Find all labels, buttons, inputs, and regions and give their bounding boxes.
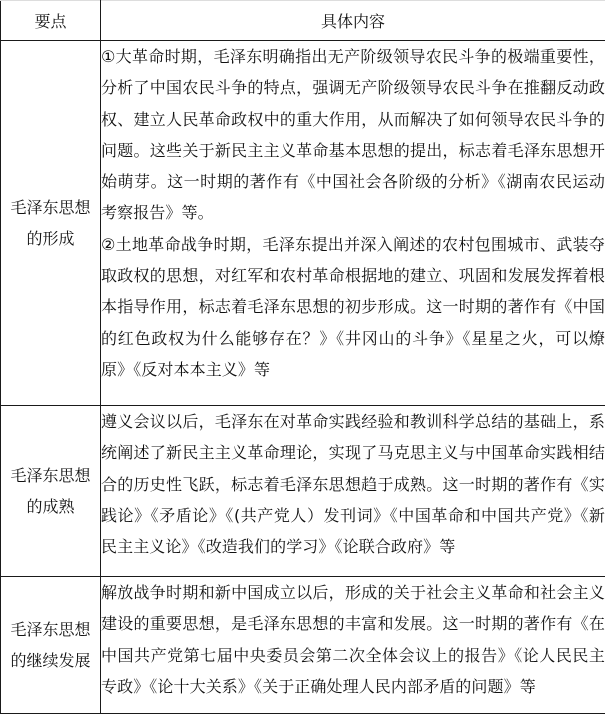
row-key-line2: 的成熟	[1, 491, 100, 522]
content-paragraph: ①大革命时期，毛泽东明确指出无产阶级领导农民斗争的极端重要性，分析了中国农民斗争…	[101, 41, 605, 229]
table-row-maturity: 毛泽东思想 的成熟 遵义会议以后，毛泽东在对革命实践经验和教训科学总结的基础上，…	[1, 406, 605, 577]
header-key: 要点	[1, 1, 101, 41]
table-row-further-development: 毛泽东思想 的继续发展 解放战争时期和新中国成立以后，形成的关于社会主义革命和社…	[1, 577, 605, 714]
row-key: 毛泽东思想 的形成	[1, 41, 101, 406]
row-key-line2: 的继续发展	[1, 645, 100, 676]
table-row-formation: 毛泽东思想 的形成 ①大革命时期，毛泽东明确指出无产阶级领导农民斗争的极端重要性…	[1, 41, 605, 406]
row-key-line1: 毛泽东思想	[1, 460, 100, 491]
header-content: 具体内容	[101, 1, 605, 41]
content-paragraph: 遵义会议以后，毛泽东在对革命实践经验和教训科学总结的基础上，系统阐述了新民主主义…	[101, 406, 605, 562]
row-key-line1: 毛泽东思想	[1, 192, 100, 223]
content-paragraph: 解放战争时期和新中国成立以后，形成的关于社会主义革命和社会主义建设的重要思想，是…	[101, 577, 605, 702]
row-key: 毛泽东思想 的继续发展	[1, 577, 101, 714]
row-key-line2: 的形成	[1, 223, 100, 254]
row-content: 遵义会议以后，毛泽东在对革命实践经验和教训科学总结的基础上，系统阐述了新民主主义…	[101, 406, 605, 577]
row-content: ①大革命时期，毛泽东明确指出无产阶级领导农民斗争的极端重要性，分析了中国农民斗争…	[101, 41, 605, 406]
content-paragraph: ②土地革命战争时期，毛泽东提出并深入阐述的农村包围城市、武装夺取政权的思想，对红…	[101, 229, 605, 385]
mao-thought-summary-table: 要点 具体内容 毛泽东思想 的形成 ①大革命时期，毛泽东明确指出无产阶级领导农民…	[0, 0, 605, 714]
row-key: 毛泽东思想 的成熟	[1, 406, 101, 577]
row-key-line1: 毛泽东思想	[1, 614, 100, 645]
row-content: 解放战争时期和新中国成立以后，形成的关于社会主义革命和社会主义建设的重要思想，是…	[101, 577, 605, 714]
header-row: 要点 具体内容	[1, 1, 605, 41]
